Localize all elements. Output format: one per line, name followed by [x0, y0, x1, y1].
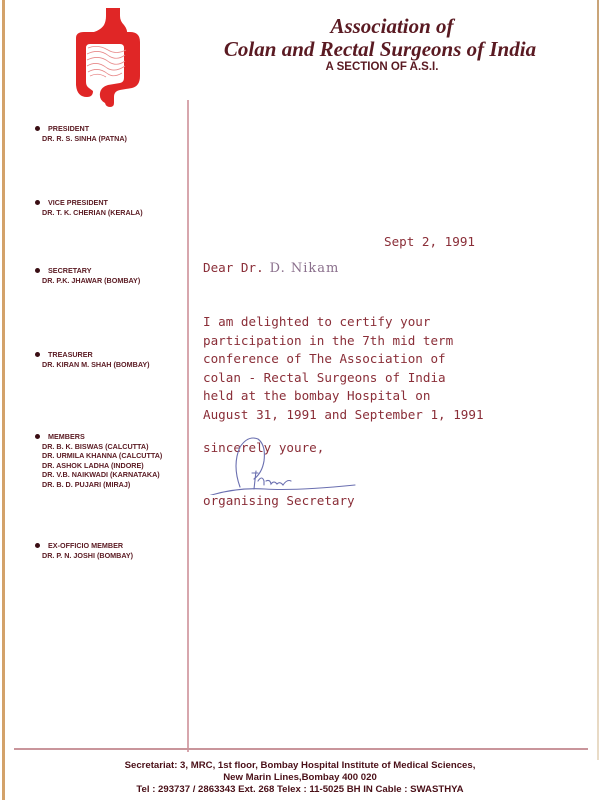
title-line2: Colan and Rectal Surgeons of India — [200, 38, 560, 60]
title-line1: Association of — [200, 14, 560, 38]
body-line: colan - Rectal Surgeons of India — [203, 369, 484, 388]
body-line: participation in the 7th mid term — [203, 332, 484, 351]
footer-contact: Tel : 293737 / 2863343 Ext. 268 Telex : … — [0, 784, 600, 796]
officer-role: MEMBERS — [42, 432, 85, 441]
officer-name: DR. P. N. JOSHI (BOMBAY) — [42, 551, 133, 561]
officer-ex-officio: EX-OFFICIO MEMBER DR. P. N. JOSHI (BOMBA… — [42, 541, 133, 560]
vertical-rule — [187, 100, 189, 752]
officer-president: PRESIDENT DR. R. S. SINHA (PATNA) — [42, 124, 127, 143]
officer-members: MEMBERS DR. B. K. BISWAS (CALCUTTA) DR. … — [42, 432, 162, 490]
officer-treasurer: TREASURER DR. KIRAN M. SHAH (BOMBAY) — [42, 350, 150, 369]
bullet-icon — [35, 434, 40, 439]
letterhead-subtitle: A SECTION OF A.S.I. — [200, 60, 560, 74]
officer-role: PRESIDENT — [42, 124, 89, 133]
officer-name: DR. P.K. JHAWAR (BOMBAY) — [42, 276, 140, 286]
body-line: held at the bombay Hospital on — [203, 387, 484, 406]
officer-role: VICE PRESIDENT — [42, 198, 108, 207]
bullet-icon — [35, 352, 40, 357]
officer-name: DR. B. K. BISWAS (CALCUTTA) — [42, 442, 162, 452]
letterhead-title: Association of Colan and Rectal Surgeons… — [200, 14, 560, 74]
officer-role: EX-OFFICIO MEMBER — [42, 541, 123, 550]
signature-icon — [200, 435, 370, 495]
officer-name: DR. KIRAN M. SHAH (BOMBAY) — [42, 360, 150, 370]
officer-name: DR. B. D. PUJARI (MIRAJ) — [42, 480, 162, 490]
bullet-icon — [35, 126, 40, 131]
footer-line2: New Marin Lines,Bombay 400 020 — [0, 772, 600, 784]
officer-name: DR. V.B. NAIKWADI (KARNATAKA) — [42, 470, 162, 480]
officer-name: DR. T. K. CHERIAN (KERALA) — [42, 208, 143, 218]
footer-address: Secretariat: 3, MRC, 1st floor, Bombay H… — [0, 760, 600, 796]
bullet-icon — [35, 200, 40, 205]
officer-name: DR. URMILA KHANNA (CALCUTTA) — [42, 451, 162, 461]
officer-name: DR. R. S. SINHA (PATNA) — [42, 134, 127, 144]
body-line: conference of The Association of — [203, 350, 484, 369]
officer-role: TREASURER — [42, 350, 93, 359]
letter-signoff: organising Secretary — [203, 493, 355, 508]
page-border-right — [597, 0, 599, 760]
bullet-icon — [35, 543, 40, 548]
officer-name: DR. ASHOK LADHA (INDORE) — [42, 461, 162, 471]
salutation: Dear Dr.D. Nikam — [203, 260, 339, 276]
body-line: I am delighted to certify your — [203, 313, 484, 332]
officer-secretary: SECRETARY DR. P.K. JHAWAR (BOMBAY) — [42, 266, 140, 285]
letter-date: Sept 2, 1991 — [384, 234, 475, 249]
footer-line1: Secretariat: 3, MRC, 1st floor, Bombay H… — [0, 760, 600, 772]
salutation-text: Dear Dr. — [203, 260, 264, 275]
page-border-left — [2, 0, 5, 800]
officer-vice-president: VICE PRESIDENT DR. T. K. CHERIAN (KERALA… — [42, 198, 143, 217]
body-line: August 31, 1991 and September 1, 1991 — [203, 406, 484, 425]
addressee-handwritten: D. Nikam — [270, 261, 340, 276]
intestine-icon — [66, 4, 146, 108]
footer-rule — [14, 748, 588, 750]
bullet-icon — [35, 268, 40, 273]
officer-role: SECRETARY — [42, 266, 92, 275]
letter-body: I am delighted to certify yourparticipat… — [203, 313, 484, 424]
